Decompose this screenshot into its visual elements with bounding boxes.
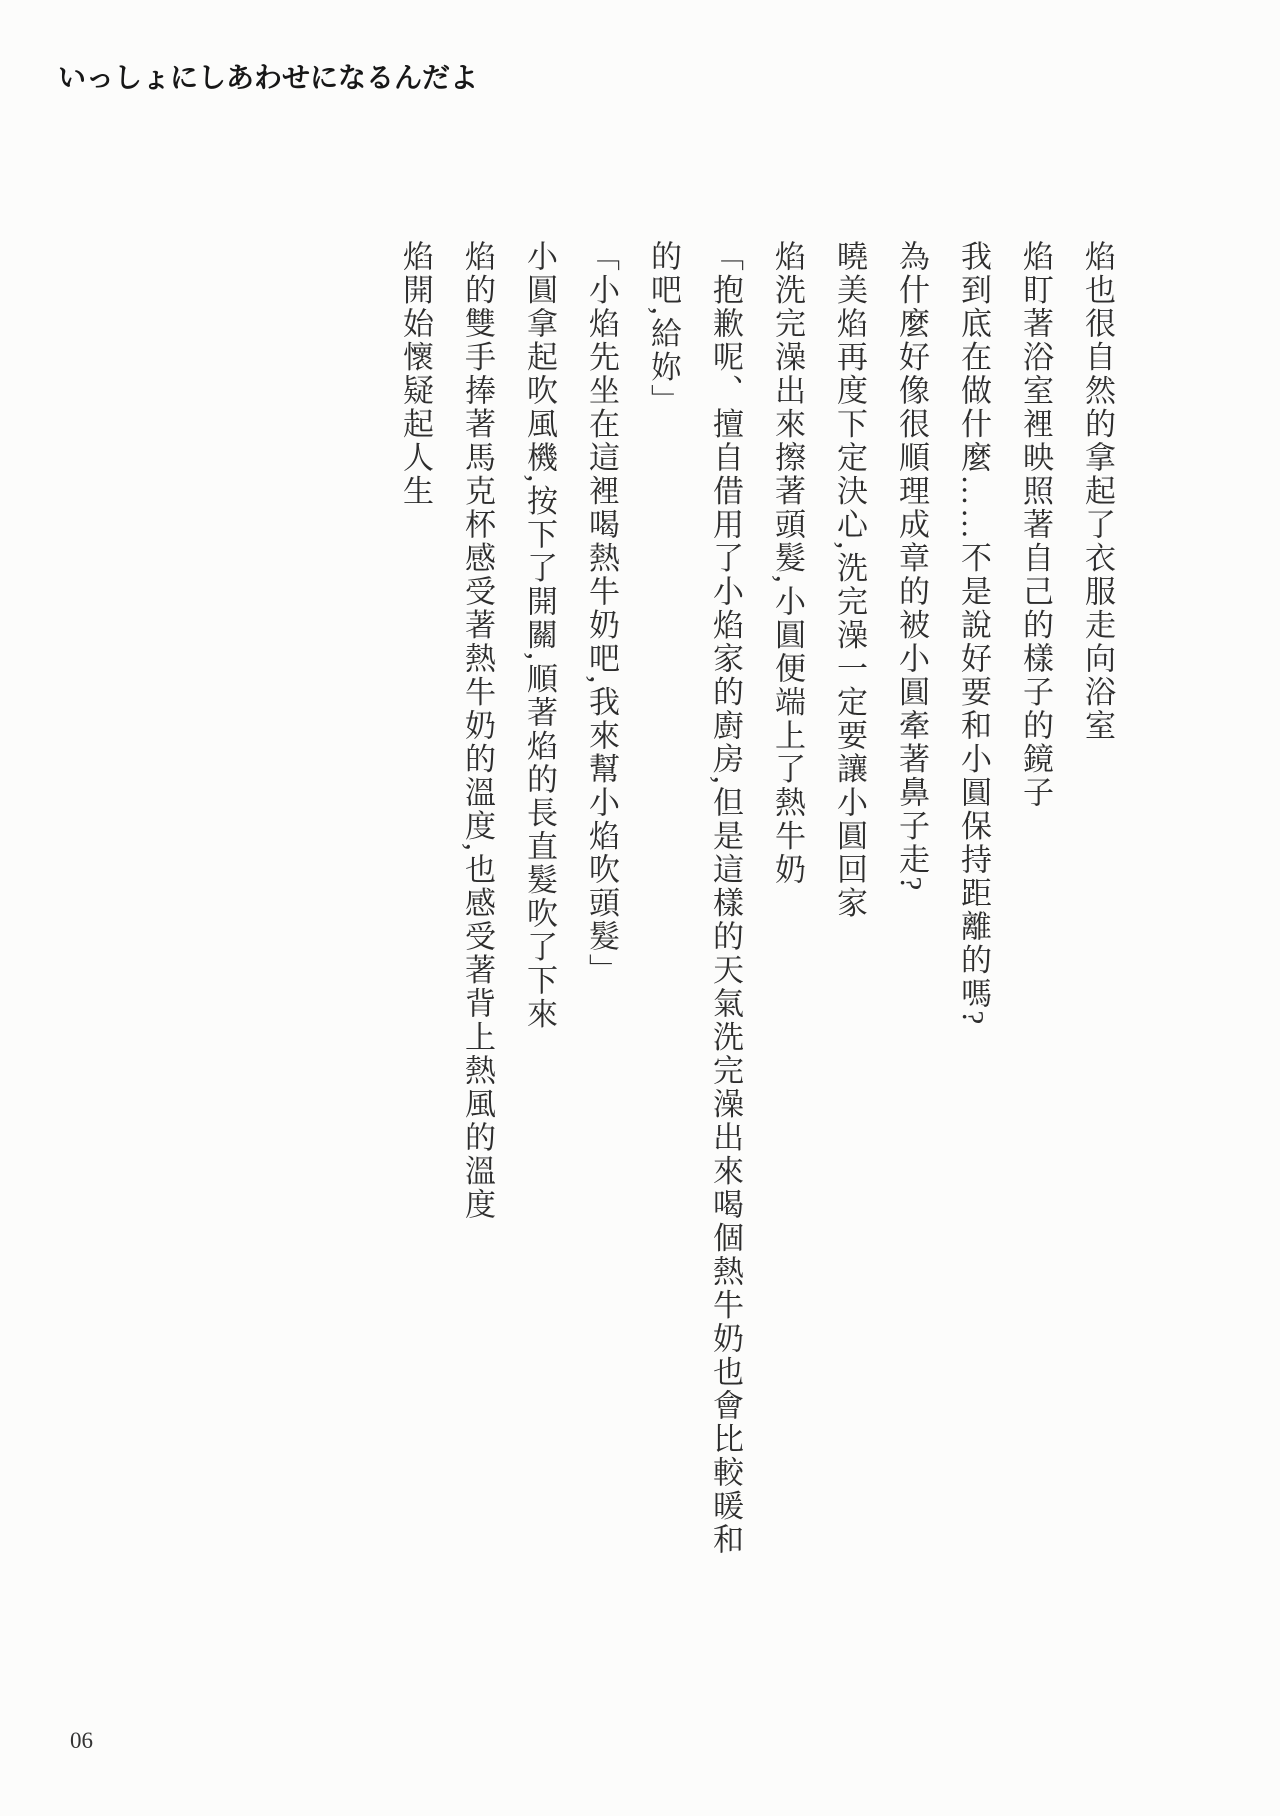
- story-paragraph: 焰開始懷疑起人生: [384, 240, 446, 1585]
- story-paragraph: 焰盯著浴室裡映照著自己的樣子的鏡子: [1004, 240, 1066, 1585]
- story-text-block: 焰也很自然的拿起了衣服走向浴室 焰盯著浴室裡映照著自己的樣子的鏡子 我到底在做什…: [384, 240, 1128, 1585]
- story-paragraph: 焰也很自然的拿起了衣服走向浴室: [1066, 240, 1128, 1585]
- story-paragraph: 小圓拿起吹風機,按下了開關,順著焰的長直髮吹了下來: [508, 240, 570, 1585]
- book-title: いっしょにしあわせになるんだよ: [58, 56, 478, 96]
- scanned-page: { "page": { "title_header": "いっしょにしあわせにな…: [0, 0, 1280, 1816]
- page-number: 06: [70, 1728, 93, 1754]
- story-paragraph: 焰洗完澡出來擦著頭髮,小圓便端上了熱牛奶: [756, 240, 818, 1585]
- story-paragraph-quote: 「小焰先坐在這裡喝熱牛奶吧,我來幫小焰吹頭髮」: [570, 240, 632, 1585]
- story-paragraph: 我到底在做什麼……不是說好要和小圓保持距離的嗎?: [942, 240, 1004, 1585]
- story-paragraph-quote: 「抱歉呢、擅自借用了小焰家的廚房,但是這樣的天氣洗完澡出來喝個熱牛奶也會比較暖和…: [632, 240, 756, 1585]
- story-paragraph: 為什麼好像很順理成章的被小圓牽著鼻子走?: [880, 240, 942, 1585]
- story-paragraph: 焰的雙手捧著馬克杯感受著熱牛奶的溫度,也感受著背上熱風的溫度: [446, 240, 508, 1585]
- story-paragraph: 曉美焰再度下定決心,洗完澡一定要讓小圓回家: [818, 240, 880, 1585]
